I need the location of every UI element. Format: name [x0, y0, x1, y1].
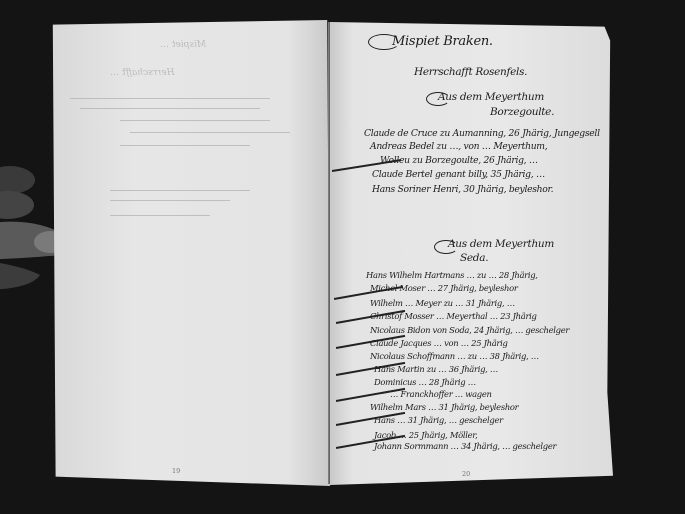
section2-entry: Wilhelm … Meyer zu … 31 Jhärig, …: [370, 298, 515, 308]
page-subtitle: Herrschafft Rosenfels.: [414, 66, 527, 78]
page-title: Mispiet Braken.: [392, 34, 493, 49]
section2-entry: Nicolaus Bidon von Soda, 24 Jhärig, … ge…: [370, 325, 569, 335]
bleed-through-line: [70, 98, 270, 99]
bleed-through-line: [120, 145, 250, 146]
section1-entry: Claude Bertel genant billy, 35 Jhärig, …: [372, 169, 545, 180]
section2-entry: … Franckhoffer … wagen: [390, 389, 492, 399]
section2-heading-line2: Seda.: [460, 252, 488, 264]
section2-heading-line1: Aus dem Meyerthum: [448, 238, 554, 250]
section2-entry: Claude Jacques … von … 25 Jhärig: [370, 338, 508, 348]
bleed-through-title: Mispiet …: [160, 40, 206, 50]
right-page: Mispiet Braken. Herrschafft Rosenfels. A…: [330, 22, 613, 485]
bleed-through-subtitle: Herrschafft …: [110, 68, 174, 78]
bleed-through-line: [120, 120, 270, 121]
section2-entry: Johann Sormmann … 34 Jhärig, … geschelge…: [374, 441, 556, 451]
left-folio-number: 19: [172, 467, 180, 475]
section2-entry: Wilhelm Mars … 31 Jhärig, beyleshor: [370, 402, 518, 412]
left-page: Mispiet … Herrschafft … 19: [50, 20, 330, 486]
section1-entry: Claude de Cruce zu Aumanning, 26 Jhärig,…: [364, 128, 600, 139]
right-folio-number: 20: [462, 470, 470, 478]
bleed-through-line: [130, 132, 290, 133]
bleed-through-line: [110, 200, 230, 201]
section1-heading-line1: Aus dem Meyerthum: [438, 91, 544, 103]
section1-entry: Wolleu zu Borzegoulte, 26 Jhärig, …: [380, 155, 538, 166]
section2-entry: Hans Wilhelm Hartmans … zu … 28 Jhärig,: [366, 270, 538, 280]
bleed-through-line: [110, 215, 210, 216]
section1-heading-line2: Borzegoulte.: [490, 106, 554, 118]
section2-entry: Hans … 31 Jhärig, … geschelger: [374, 415, 503, 425]
section1-entry: Hans Soriner Henri, 30 Jhärig, beyleshor…: [372, 184, 553, 195]
section2-entry: Nicolaus Schoffmann … zu … 38 Jhärig, …: [370, 351, 539, 361]
section1-entry: Andreas Bedel zu …, von … Meyerthum,: [370, 141, 547, 152]
section2-entry: Dominicus … 28 Jhärig …: [374, 377, 476, 387]
bleed-through-line: [110, 190, 250, 191]
bleed-through-line: [80, 108, 260, 109]
